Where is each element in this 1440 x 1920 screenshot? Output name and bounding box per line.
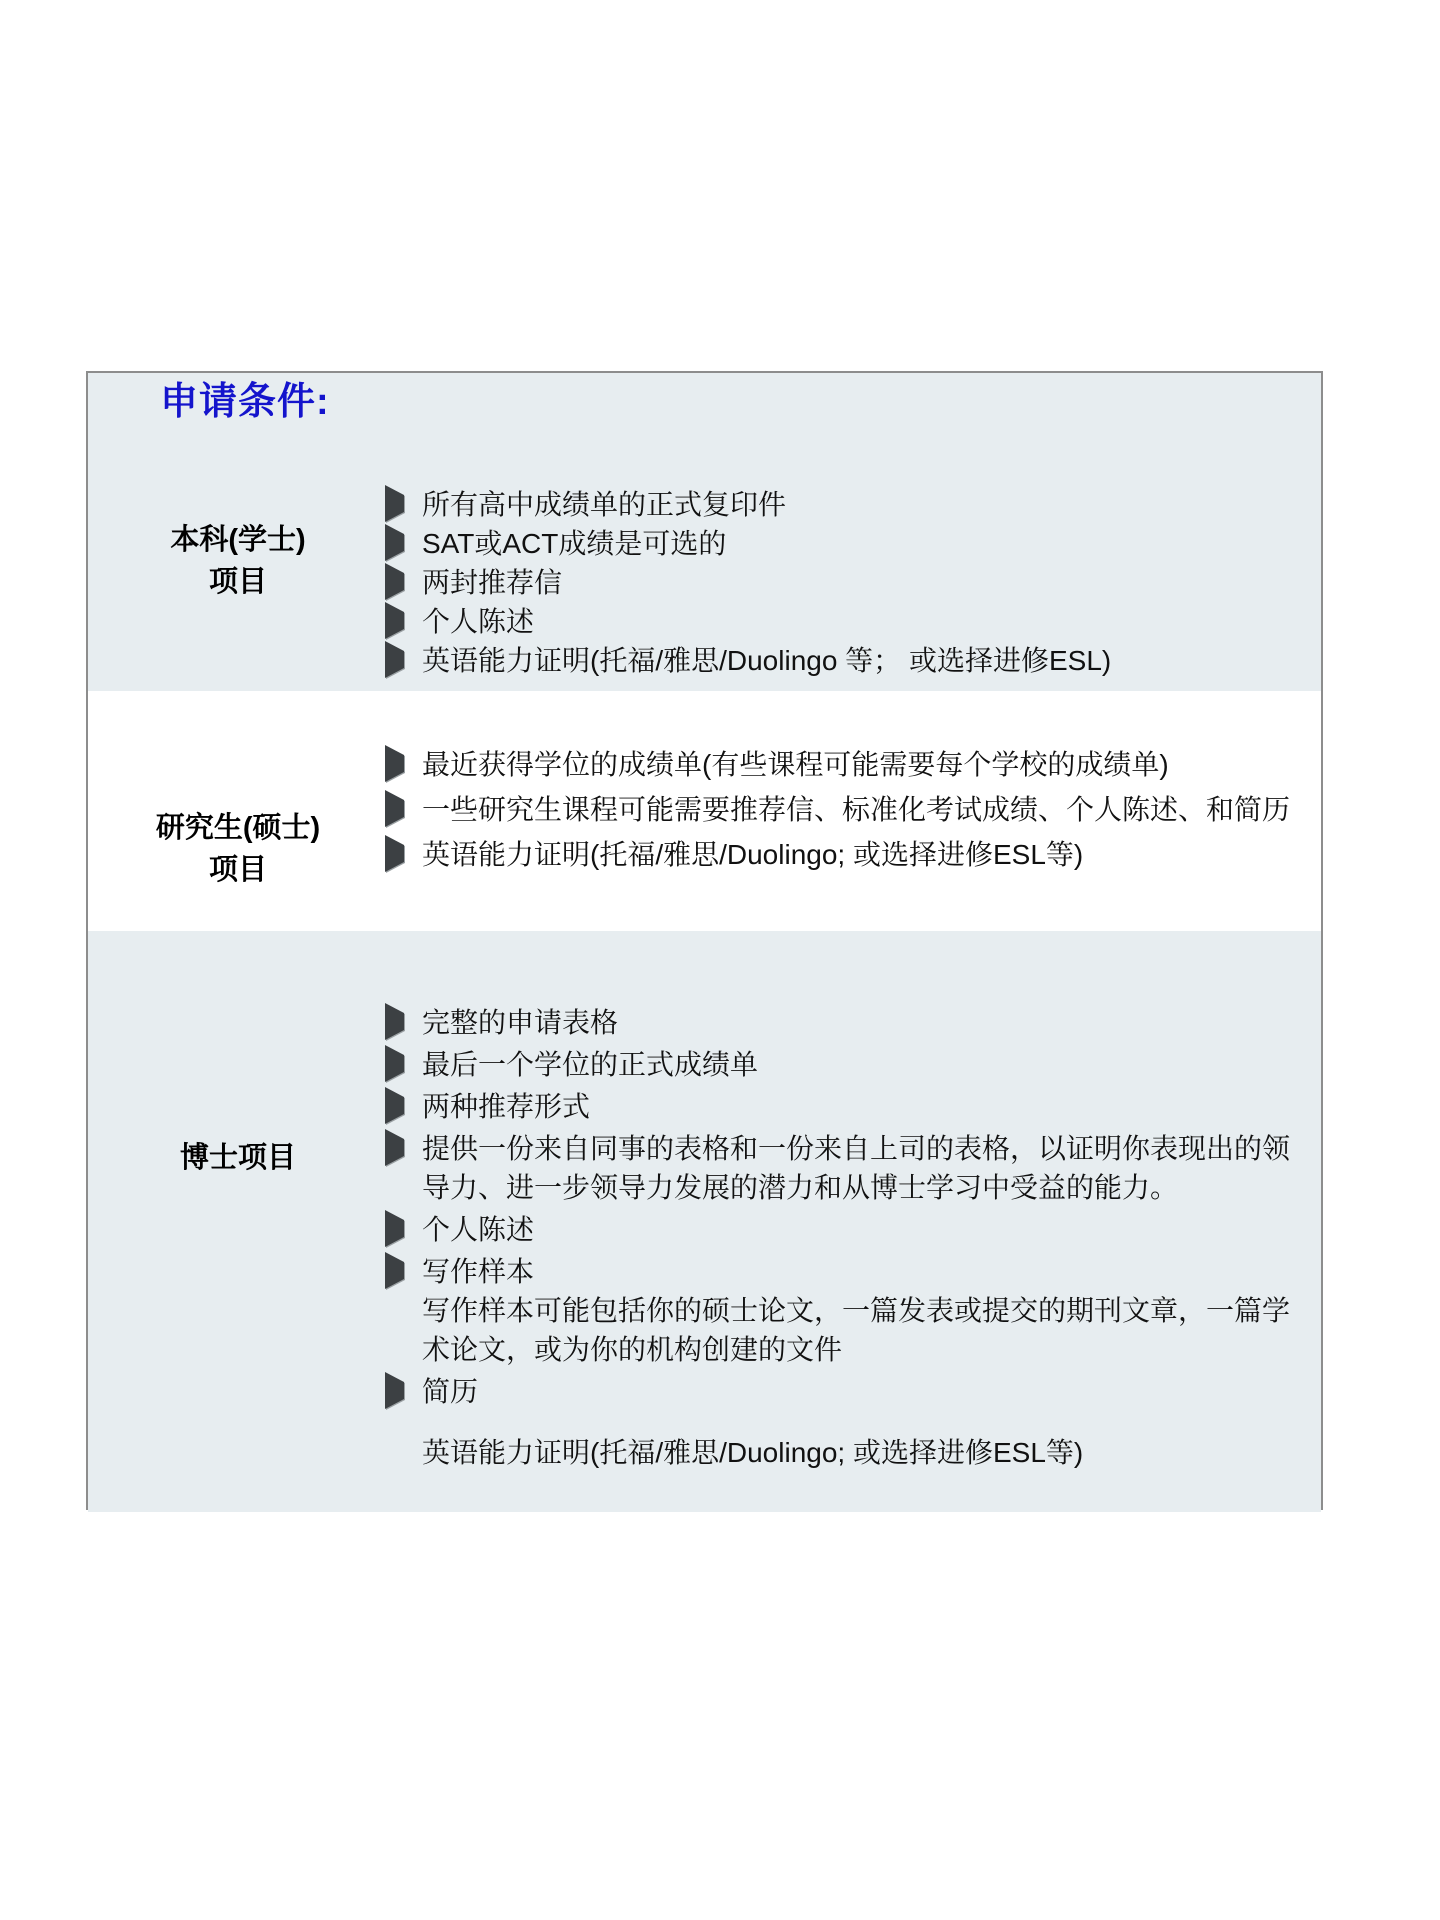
list-item: 英语能力证明(托福/雅思/Duolingo; 或选择进修ESL等) <box>385 835 1290 874</box>
item-text: 简历 <box>422 1372 478 1411</box>
arrowhead-right-bullet-icon <box>385 1129 404 1166</box>
item-text: 提供一份来自同事的表格和一份来自上司的表格，以证明你表现出的领导力、进一步领导力… <box>422 1129 1312 1207</box>
item-text: SAT或ACT成绩是可选的 <box>422 524 726 563</box>
list-item: 一些研究生课程可能需要推荐信、标准化考试成绩、个人陈述、和简历 <box>385 790 1290 829</box>
item-text: 英语能力证明(托福/雅思/Duolingo 等； 或选择进修ESL) <box>422 641 1111 680</box>
row-label-undergraduate: 本科(学士) 项目 <box>88 519 388 603</box>
row-label-line2: 项目 <box>88 561 388 603</box>
list-item: SAT或ACT成绩是可选的 <box>385 524 1111 563</box>
row-label-line1: 研究生(硕士) <box>88 807 388 849</box>
arrowhead-right-bullet-icon <box>385 1087 404 1124</box>
list-item: 最近获得学位的成绩单(有些课程可能需要每个学校的成绩单) <box>385 745 1290 784</box>
list-item: 写作样本 写作样本可能包括你的硕士论文，一篇发表或提交的期刊文章，一篇学术论文，… <box>385 1252 1312 1369</box>
arrowhead-right-bullet-icon <box>385 524 404 561</box>
bullet-list-phd: 完整的申请表格 最后一个学位的正式成绩单 两种推荐形式 提供一份来自同事的表格和… <box>385 1003 1312 1472</box>
item-text: 个人陈述 <box>422 1210 534 1249</box>
item-text: 个人陈述 <box>422 602 534 641</box>
arrowhead-right-bullet-icon <box>385 1045 404 1082</box>
list-item: 完整的申请表格 <box>385 1003 1312 1042</box>
arrowhead-right-bullet-icon <box>385 1210 404 1247</box>
list-item: 两种推荐形式 <box>385 1087 1312 1126</box>
item-text: 两种推荐形式 <box>422 1087 590 1126</box>
item-text: 完整的申请表格 <box>422 1003 618 1042</box>
arrowhead-right-bullet-icon <box>385 1252 404 1289</box>
arrowhead-right-bullet-icon <box>385 1003 404 1040</box>
section-graduate: 研究生(硕士) 项目 最近获得学位的成绩单(有些课程可能需要每个学校的成绩单) … <box>88 691 1321 931</box>
bullet-list-undergraduate: 所有高中成绩单的正式复印件 SAT或ACT成绩是可选的 两封推荐信 个人陈述 英… <box>385 485 1111 680</box>
item-text: 两封推荐信 <box>422 563 562 602</box>
list-item: 两封推荐信 <box>385 563 1111 602</box>
item-note: 写作样本可能包括你的硕士论文，一篇发表或提交的期刊文章，一篇学术论文，或为你的机… <box>422 1291 1312 1369</box>
section-phd: 博士项目 完整的申请表格 最后一个学位的正式成绩单 两种推荐形式 提供一份来自同… <box>88 931 1321 1512</box>
arrowhead-right-bullet-icon <box>385 790 404 827</box>
bullet-list-graduate: 最近获得学位的成绩单(有些课程可能需要每个学校的成绩单) 一些研究生课程可能需要… <box>385 745 1290 880</box>
row-label-graduate: 研究生(硕士) 项目 <box>88 807 388 891</box>
arrowhead-right-bullet-icon <box>385 485 404 522</box>
list-item: 简历 <box>385 1372 1312 1411</box>
page-title: 申请条件: <box>160 379 330 425</box>
arrowhead-right-bullet-icon <box>385 641 404 678</box>
list-item: 提供一份来自同事的表格和一份来自上司的表格，以证明你表现出的领导力、进一步领导力… <box>385 1129 1312 1207</box>
item-text: 最近获得学位的成绩单(有些课程可能需要每个学校的成绩单) <box>422 745 1169 784</box>
item-text: 一些研究生课程可能需要推荐信、标准化考试成绩、个人陈述、和简历 <box>422 790 1290 829</box>
list-item: 所有高中成绩单的正式复印件 <box>385 485 1111 524</box>
item-text: 所有高中成绩单的正式复印件 <box>422 485 786 524</box>
english-proficiency-footer: 英语能力证明(托福/雅思/Duolingo; 或选择进修ESL等) <box>422 1433 1312 1472</box>
list-item: 个人陈述 <box>385 602 1111 641</box>
item-text: 英语能力证明(托福/雅思/Duolingo; 或选择进修ESL等) <box>422 835 1083 874</box>
arrowhead-right-bullet-icon <box>385 602 404 639</box>
requirements-table: 申请条件: 本科(学士) 项目 所有高中成绩单的正式复印件 SAT或ACT成绩是… <box>86 371 1323 1510</box>
arrowhead-right-bullet-icon <box>385 745 404 782</box>
list-item: 英语能力证明(托福/雅思/Duolingo 等； 或选择进修ESL) <box>385 641 1111 680</box>
list-item: 个人陈述 <box>385 1210 1312 1249</box>
arrowhead-right-bullet-icon <box>385 563 404 600</box>
arrowhead-right-bullet-icon <box>385 835 404 872</box>
item-text: 最后一个学位的正式成绩单 <box>422 1045 758 1084</box>
item-text: 写作样本 <box>422 1252 1312 1291</box>
page: { "title": "申请条件:", "colors": { "accent_… <box>0 0 1440 1920</box>
row-label-line1: 博士项目 <box>88 1137 388 1179</box>
row-label-line2: 项目 <box>88 849 388 891</box>
row-label-line1: 本科(学士) <box>88 519 388 561</box>
list-item: 最后一个学位的正式成绩单 <box>385 1045 1312 1084</box>
section-undergraduate: 申请条件: 本科(学士) 项目 所有高中成绩单的正式复印件 SAT或ACT成绩是… <box>88 373 1321 691</box>
row-label-phd: 博士项目 <box>88 1137 388 1179</box>
arrowhead-right-bullet-icon <box>385 1372 404 1409</box>
